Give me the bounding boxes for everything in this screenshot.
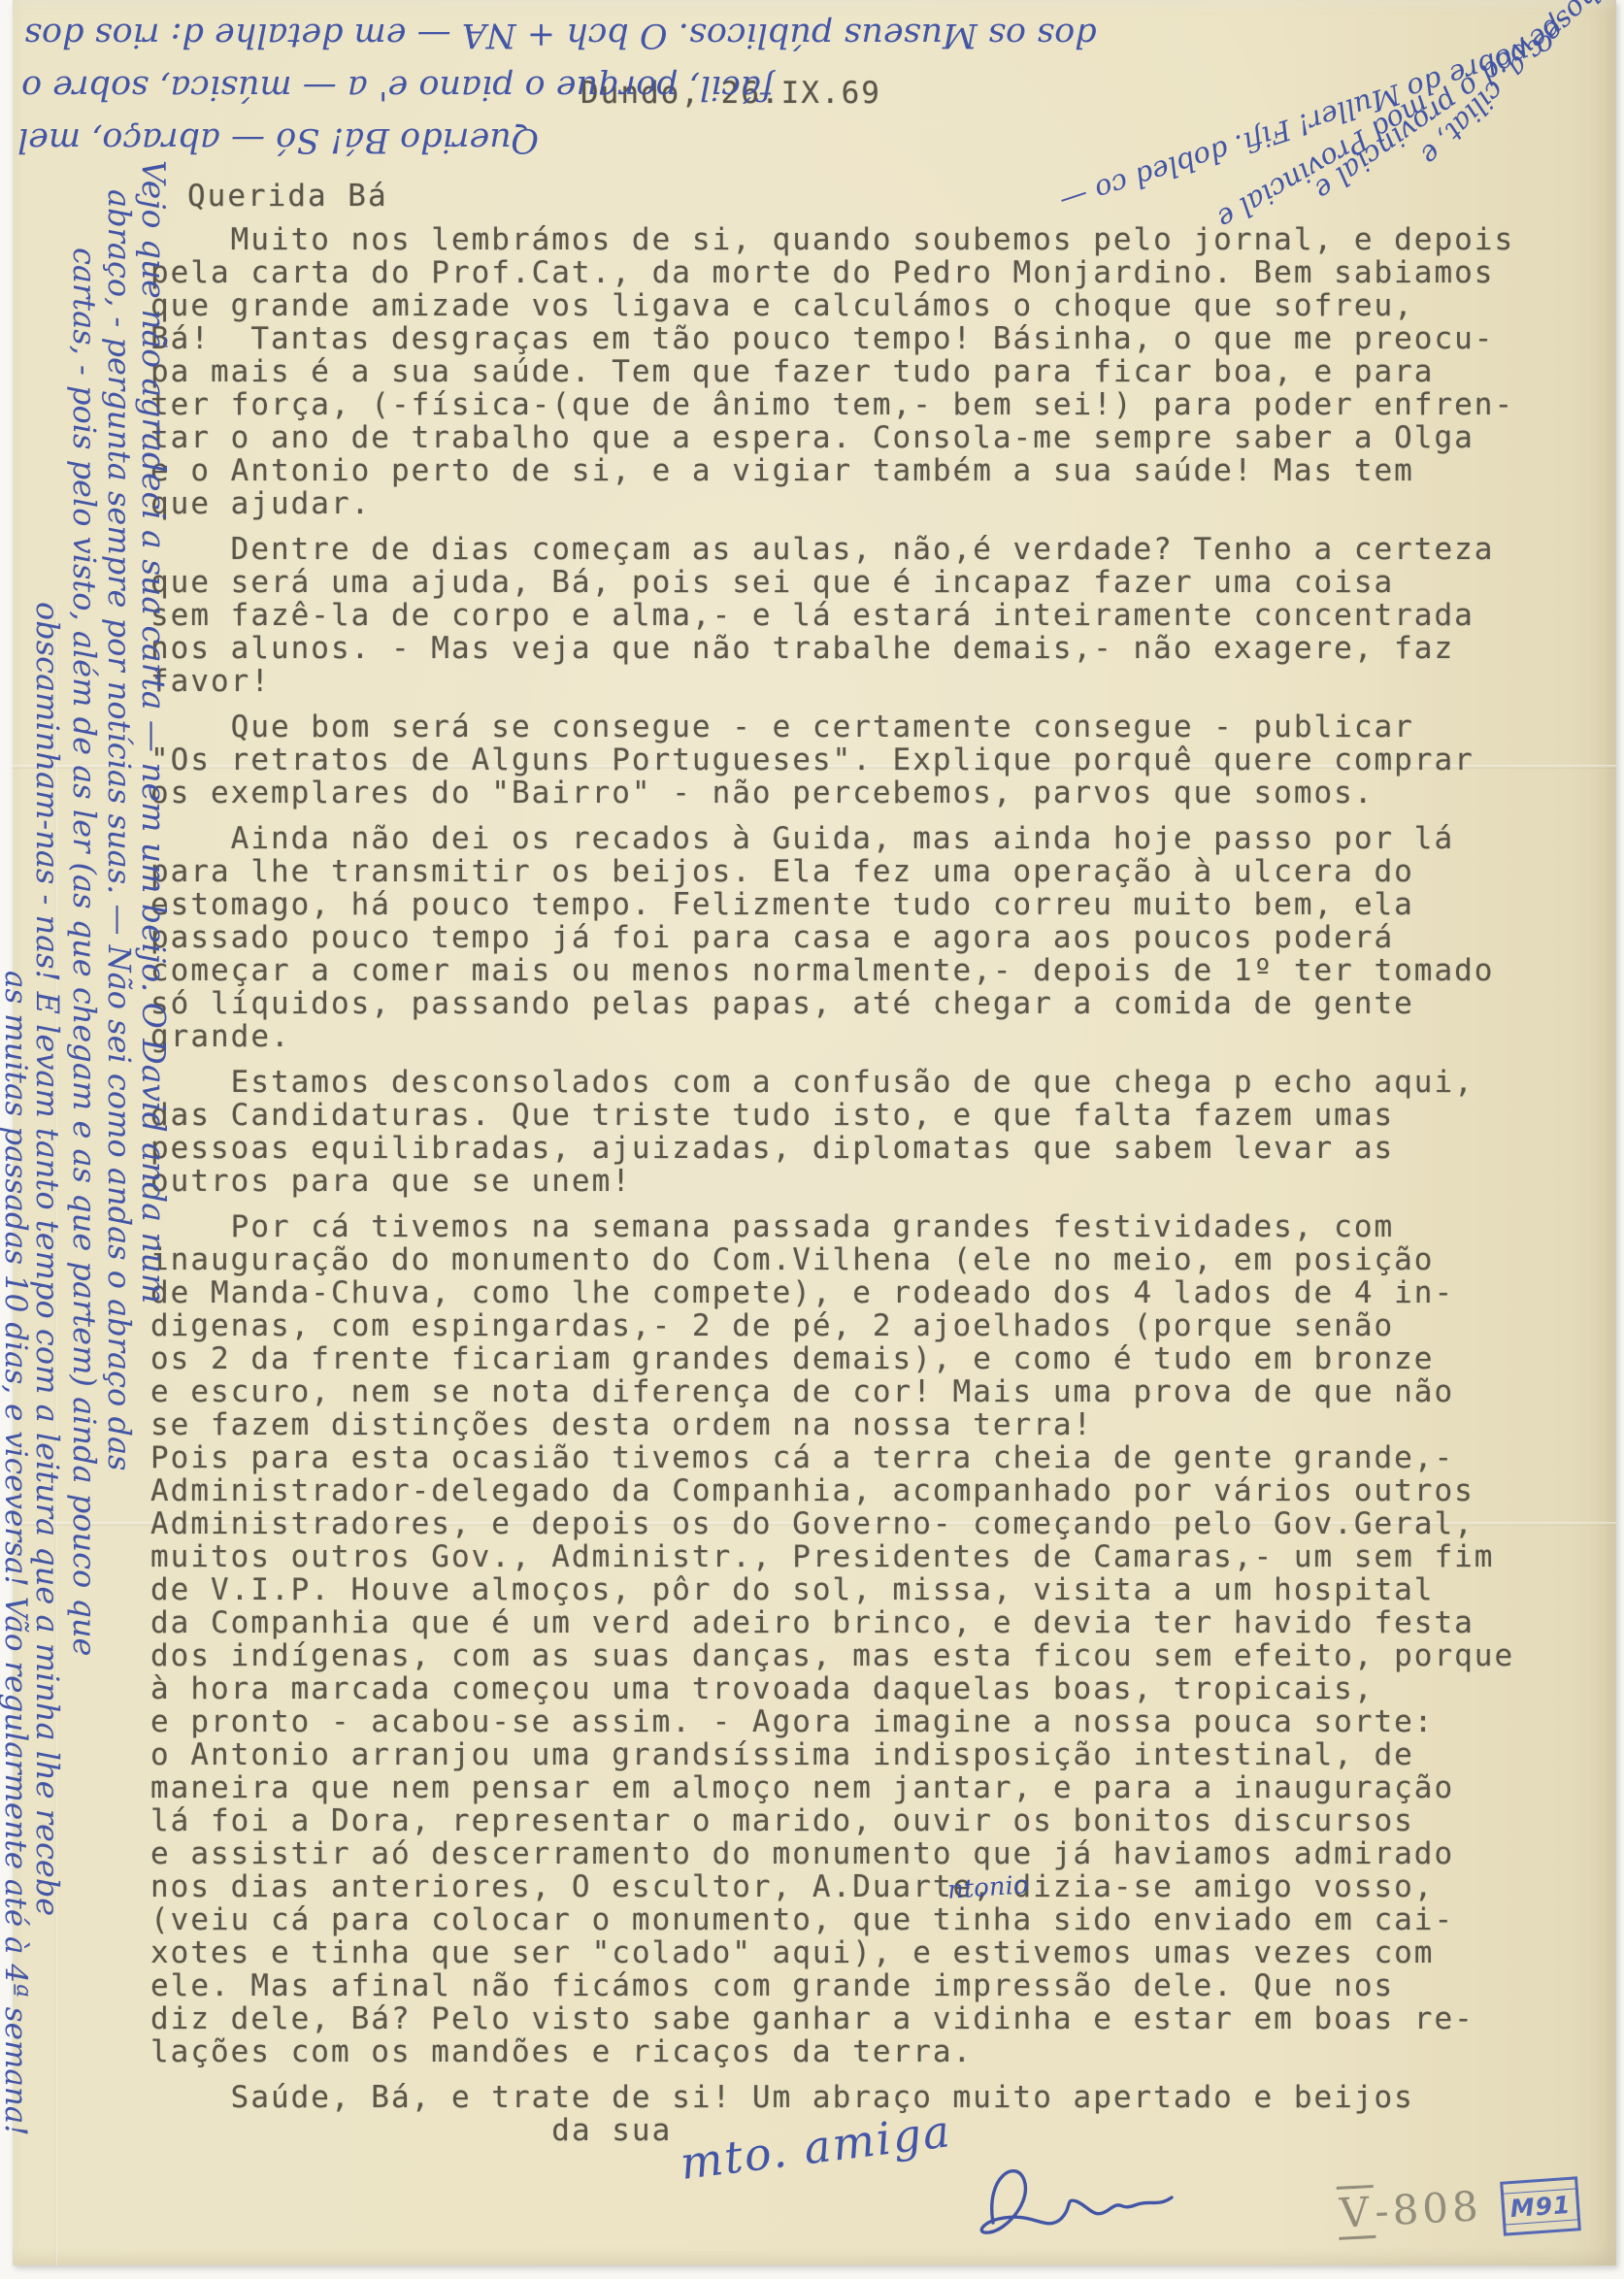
margin-note-line-5: as muitas passadas 10 dias, e viceversa!… <box>0 971 33 2136</box>
top-margin-note-line-2: fácil, porque o piano e' a — música, sob… <box>21 68 774 107</box>
pencil-roman-numeral: V <box>1337 2185 1376 2240</box>
paragraph-3: Que bom será se consegue - e certamente … <box>150 710 1548 809</box>
paragraph-5: Estamos desconsolados com a confusão de … <box>150 1066 1548 1198</box>
handwritten-insertion-antonio: ntonio <box>946 1870 1029 1905</box>
paragraph-1: Muito nos lembrámos de si, quando soubem… <box>150 223 1548 520</box>
margin-note-line-4: obscaminham-nas - nas! E levam tanto tem… <box>29 602 66 1916</box>
paragraph-6: Por cá tivemos na semana passada grandes… <box>150 1210 1548 2068</box>
margin-note-line-3: cartas, - pois pelo visto, além de as le… <box>66 248 103 1656</box>
signature-scribble <box>956 2147 1179 2254</box>
pencil-number: -808 <box>1374 2182 1483 2235</box>
top-margin-note-line-3: Querido Bá! Só — abraço, mel <box>17 120 539 159</box>
paragraph-2: Dentre de dias começam as aulas, não,é v… <box>150 533 1548 698</box>
letter-salutation: Querida Bá <box>187 179 388 214</box>
scanned-letter-page: Dundo, 26.IX.69 Querida Bá Muito nos lem… <box>0 0 1624 2279</box>
archive-stamp-code: M91 <box>1503 2188 1579 2225</box>
margin-note-line-2: abraço, - pergunta sempre por notícias s… <box>101 189 138 1470</box>
paragraph-4: Ainda não dei os recados à Guida, mas ai… <box>150 822 1548 1053</box>
archive-stamp: M91 <box>1500 2176 1581 2235</box>
margin-note-line-1: Vejo que não agradeci a sua carta — nem … <box>135 160 173 1304</box>
pencil-archive-number: V-808 <box>1337 2182 1483 2237</box>
letter-body: Muito nos lembrámos de si, quando soubem… <box>150 223 1548 2147</box>
top-margin-note-line-1: dos os Museus públicos. O bch + NA — em … <box>24 16 1097 54</box>
